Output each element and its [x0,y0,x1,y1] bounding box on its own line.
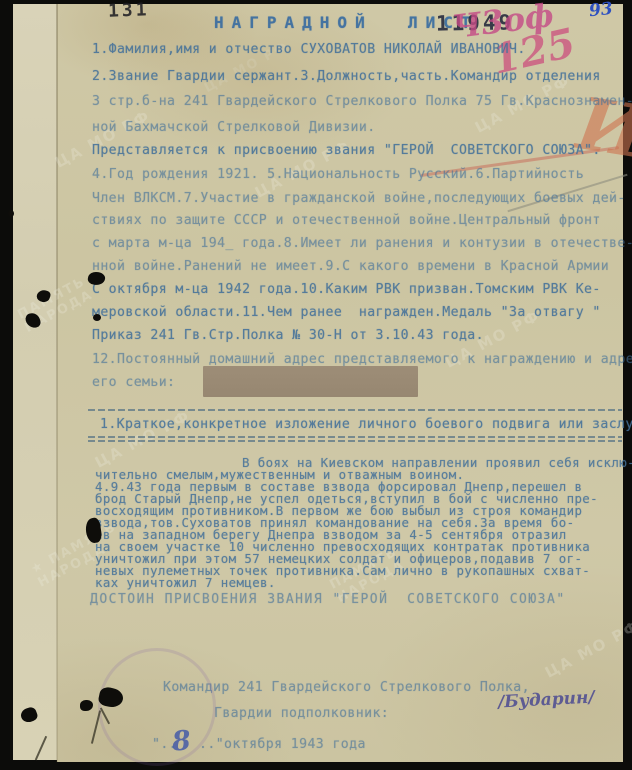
date-suffix: .."октября 1943 года [199,737,366,752]
page-number-stamp: 131 [108,0,150,22]
form-line: с марта м-ца 194_ года.8.Имеет ли ранени… [92,236,632,251]
page-edge-strip [13,4,57,760]
section-header: 1.Краткое,конкретное изложение личного б… [100,417,632,432]
feat-line: ках уничтожил 7 немцев. [95,575,276,590]
form-line: нной войне.Ранений не имеет.9.С какого в… [92,259,609,274]
form-line: 4.Год рождения 1921. 5.Национальность Ру… [92,167,584,182]
handwritten-corner-number: 93 [588,0,614,21]
form-line: 3 стр.б-на 241 Гвардейского Стрелкового … [92,94,632,109]
handwritten-day: 8 [171,725,192,758]
scanned-award-document: ЦА МО РФ ЦА МО РФ ЦА МО РФ ЦА МО РФ ЦА М… [0,0,632,770]
form-line: меровской области.11.Чем ранее награжден… [92,305,601,320]
dashed-divider [88,440,622,442]
commander-rank-line: Гвардии подполковник: [214,706,389,721]
form-line: его семьи: [92,375,175,390]
form-line: 2.Звание Гвардии сержант.3.Должность,час… [92,69,601,84]
form-line: 1.Фамилия,имя и отчество СУХОВАТОВ НИКОЛ… [92,42,526,57]
page-crease [56,4,58,762]
form-line: ной Бахмачской Стрелковой Дивизии. [92,120,376,135]
ink-blot [93,314,101,321]
conclusion-line: ДОСТОИН ПРИСВОЕНИЯ ЗВАНИЯ "ГЕРОЙ СОВЕТСК… [90,592,566,607]
form-line: С октября м-ца 1942 года.10.Каким РВК пр… [92,282,601,297]
dashed-divider [88,436,622,438]
commander-title-line: Командир 241 Гвардейского Стрелкового По… [163,680,530,695]
form-line: Приказ 241 Гв.Стр.Полка № 30-Н от 3.10.4… [92,328,484,343]
form-line: 12.Постоянный домашний адрес представляе… [92,352,632,367]
form-line: ствиях по защите СССР и отечественной во… [92,213,601,228]
form-line: Член ВЛКСМ.7.Участие в гражданской войне… [92,191,626,206]
dashed-divider [88,409,622,411]
ink-blot [8,210,14,217]
redacted-address-block [203,366,418,397]
form-line: Представляется к присвоению звания "ГЕРО… [92,143,601,158]
